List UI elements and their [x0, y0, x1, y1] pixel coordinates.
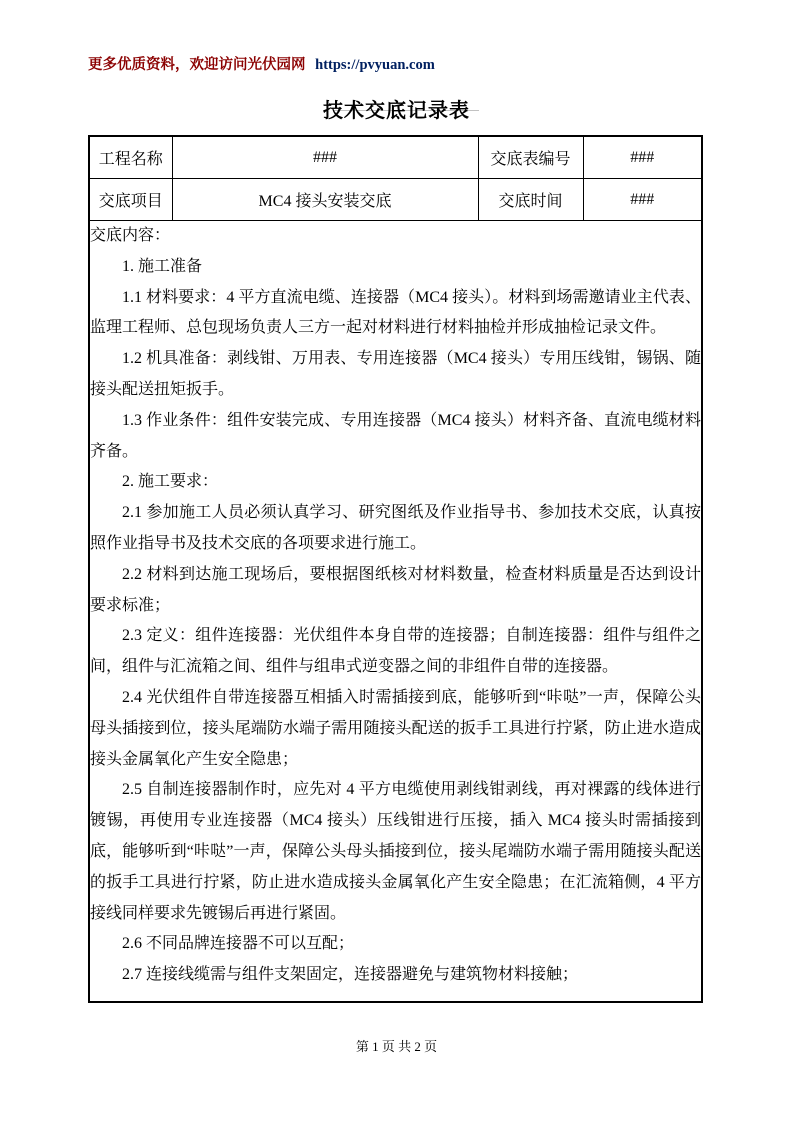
project-name-value: ###: [172, 136, 478, 179]
document-page: 更多优质资料，欢迎访问光伏园网 https://pvyuan.com 技术交底记…: [0, 0, 793, 1122]
table-row-item: 交底项目 MC4 接头安装交底 交底时间 ###: [89, 179, 702, 221]
content-heading: 交底内容：: [90, 221, 701, 252]
form-number-value: ###: [583, 136, 702, 179]
disclosure-content-cell: 交底内容： 1. 施工准备1.1 材料要求：4 平方直流电缆、连接器（MC4 接…: [89, 221, 702, 1003]
content-paragraph-list: 1. 施工准备1.1 材料要求：4 平方直流电缆、连接器（MC4 接头）。材料到…: [90, 252, 701, 991]
promo-header: 更多优质资料，欢迎访问光伏园网 https://pvyuan.com: [88, 53, 435, 74]
content-paragraph: 1.2 机具准备：剥线钳、万用表、专用连接器（MC4 接头）专用压线钳，锡锅、随…: [90, 344, 701, 406]
disclosure-form-table: 工程名称 ### 交底表编号 ### 交底项目 MC4 接头安装交底 交底时间 …: [88, 135, 703, 1003]
table-row-content: 交底内容： 1. 施工准备1.1 材料要求：4 平方直流电缆、连接器（MC4 接…: [89, 221, 702, 1003]
form-number-label: 交底表编号: [478, 136, 583, 179]
content-paragraph: 2.1 参加施工人员必须认真学习、研究图纸及作业指导书、参加技术交底，认真按照作…: [90, 498, 701, 560]
promo-url-link[interactable]: https://pvyuan.com: [315, 57, 435, 73]
content-paragraph: 1.1 材料要求：4 平方直流电缆、连接器（MC4 接头）。材料到场需邀请业主代…: [90, 283, 701, 345]
content-paragraph: 1. 施工准备: [90, 252, 701, 283]
disclosure-time-value: ###: [583, 179, 702, 221]
content-paragraph: 2. 施工要求：: [90, 467, 701, 498]
page-title: 技术交底记录表: [0, 94, 793, 123]
promo-text: 更多优质资料，欢迎访问光伏园网: [88, 57, 306, 73]
project-name-label: 工程名称: [89, 136, 172, 179]
page-number-footer: 第 1 页 共 2 页: [0, 1036, 793, 1055]
disclosure-item-label: 交底项目: [89, 179, 172, 221]
content-paragraph: 2.4 光伏组件自带连接器互相插入时需插接到底，能够听到“咔哒”一声，保障公头母…: [90, 683, 701, 775]
content-paragraph: 2.2 材料到达施工现场后，要根据图纸核对材料数量，检查材料质量是否达到设计要求…: [90, 560, 701, 622]
content-paragraph: 2.3 定义：组件连接器：光伏组件本身自带的连接器；自制连接器：组件与组件之间，…: [90, 621, 701, 683]
content-paragraph: 2.7 连接线缆需与组件支架固定，连接器避免与建筑物材料接触；: [90, 960, 701, 991]
content-paragraph: 2.6 不同品牌连接器不可以互配；: [90, 929, 701, 960]
content-paragraph: 1.3 作业条件：组件安装完成、专用连接器（MC4 接头）材料齐备、直流电缆材料…: [90, 406, 701, 468]
disclosure-time-label: 交底时间: [478, 179, 583, 221]
table-row-project: 工程名称 ### 交底表编号 ###: [89, 136, 702, 179]
disclosure-item-value: MC4 接头安装交底: [172, 179, 478, 221]
content-paragraph: 2.5 自制连接器制作时，应先对 4 平方电缆使用剥线钳剥线，再对裸露的线体进行…: [90, 775, 701, 929]
